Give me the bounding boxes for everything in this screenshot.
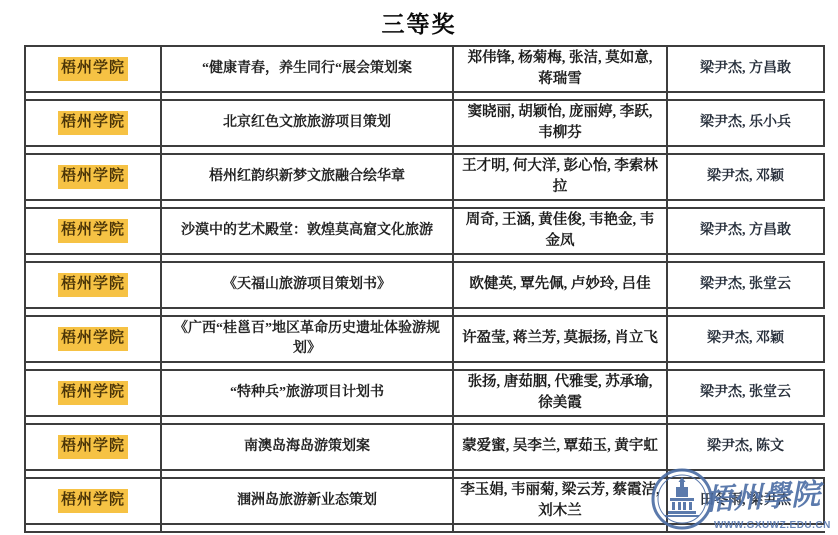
school-cell: 梧州学院 xyxy=(26,209,162,253)
table-row: 梧州学院 梧州红韵织新梦文旅融合绘华章 王才明, 何大洋, 彭心怡, 李索林拉 … xyxy=(26,155,825,201)
project-cell: “健康青春，养生同行“展会策划案 xyxy=(162,47,454,91)
school-highlight: 梧州学院 xyxy=(58,381,128,405)
members-cell: 欧健英, 覃先佩, 卢妙玲, 吕佳 xyxy=(454,263,668,307)
row-spacer xyxy=(26,471,825,479)
school-highlight: 梧州学院 xyxy=(58,219,128,243)
school-highlight: 梧州学院 xyxy=(58,327,128,351)
school-highlight: 梧州学院 xyxy=(58,273,128,297)
members-cell: 王才明, 何大洋, 彭心怡, 李索林拉 xyxy=(454,155,668,199)
project-cell: 涠洲岛旅游新业态策划 xyxy=(162,479,454,523)
awards-table: 梧州学院 “健康青春，养生同行“展会策划案 郑伟锋, 杨菊梅, 张洁, 莫如意,… xyxy=(24,45,825,533)
page-title: 三等奖 xyxy=(0,6,838,39)
row-spacer xyxy=(26,363,825,371)
advisors-cell: 梁尹杰, 方昌敢 xyxy=(668,209,825,253)
advisors-cell: 梁尹杰, 乐小兵 xyxy=(668,101,825,145)
school-cell: 梧州学院 xyxy=(26,263,162,307)
school-cell: 梧州学院 xyxy=(26,317,162,361)
school-highlight: 梧州学院 xyxy=(58,57,128,81)
table-row: 梧州学院 “特种兵”旅游项目计划书 张扬, 唐茹胭, 代雅雯, 苏承瑜, 徐美霞… xyxy=(26,371,825,417)
school-cell: 梧州学院 xyxy=(26,425,162,469)
school-highlight: 梧州学院 xyxy=(58,489,128,513)
school-highlight: 梧州学院 xyxy=(58,111,128,135)
school-cell: 梧州学院 xyxy=(26,101,162,145)
members-cell: 许盈莹, 蒋兰芳, 莫振扬, 肖立飞 xyxy=(454,317,668,361)
members-cell: 张扬, 唐茹胭, 代雅雯, 苏承瑜, 徐美霞 xyxy=(454,371,668,415)
school-cell: 梧州学院 xyxy=(26,47,162,91)
advisors-cell: 田冬雨, 梁尹杰 xyxy=(668,479,825,523)
school-highlight: 梧州学院 xyxy=(58,435,128,459)
members-cell: 窦晓丽, 胡颖怡, 庞丽婷, 李跃, 韦柳芬 xyxy=(454,101,668,145)
project-cell: 梧州红韵织新梦文旅融合绘华章 xyxy=(162,155,454,199)
row-spacer xyxy=(26,525,825,533)
row-spacer xyxy=(26,93,825,101)
table-row: 梧州学院 “健康青春，养生同行“展会策划案 郑伟锋, 杨菊梅, 张洁, 莫如意,… xyxy=(26,47,825,93)
project-cell: 沙漠中的艺术殿堂：敦煌莫高窟文化旅游 xyxy=(162,209,454,253)
project-cell: “特种兵”旅游项目计划书 xyxy=(162,371,454,415)
project-cell: 《广西“桂邕百”地区革命历史遗址体验游规划》 xyxy=(162,317,454,361)
table-row: 梧州学院 涠洲岛旅游新业态策划 李玉娟, 韦丽菊, 梁云芳, 蔡霞洁, 刘木兰 … xyxy=(26,479,825,525)
school-cell: 梧州学院 xyxy=(26,479,162,523)
members-cell: 李玉娟, 韦丽菊, 梁云芳, 蔡霞洁, 刘木兰 xyxy=(454,479,668,523)
advisors-cell: 梁尹杰, 方昌敢 xyxy=(668,47,825,91)
table-row: 梧州学院 《天福山旅游项目策划书》 欧健英, 覃先佩, 卢妙玲, 吕佳 梁尹杰,… xyxy=(26,263,825,309)
school-cell: 梧州学院 xyxy=(26,371,162,415)
advisors-cell: 梁尹杰, 陈文 xyxy=(668,425,825,469)
row-spacer xyxy=(26,309,825,317)
row-spacer xyxy=(26,417,825,425)
advisors-cell: 梁尹杰, 邓颖 xyxy=(668,155,825,199)
project-cell: 北京红色文旅旅游项目策划 xyxy=(162,101,454,145)
school-highlight: 梧州学院 xyxy=(58,165,128,189)
members-cell: 周奇, 王涵, 黄佳俊, 韦艳金, 韦金凤 xyxy=(454,209,668,253)
table-row: 梧州学院 《广西“桂邕百”地区革命历史遗址体验游规划》 许盈莹, 蒋兰芳, 莫振… xyxy=(26,317,825,363)
table-row: 梧州学院 南澳岛海岛游策划案 蒙爱蜜, 吴李兰, 覃茹玉, 黄宇虹 梁尹杰, 陈… xyxy=(26,425,825,471)
row-spacer xyxy=(26,201,825,209)
advisors-cell: 梁尹杰, 张堂云 xyxy=(668,371,825,415)
project-cell: 《天福山旅游项目策划书》 xyxy=(162,263,454,307)
row-spacer xyxy=(26,255,825,263)
table-row: 梧州学院 北京红色文旅旅游项目策划 窦晓丽, 胡颖怡, 庞丽婷, 李跃, 韦柳芬… xyxy=(26,101,825,147)
row-spacer xyxy=(26,147,825,155)
advisors-cell: 梁尹杰, 张堂云 xyxy=(668,263,825,307)
document-page: { "page": { "title": "三等奖" }, "table": {… xyxy=(0,0,838,535)
school-cell: 梧州学院 xyxy=(26,155,162,199)
members-cell: 蒙爱蜜, 吴李兰, 覃茹玉, 黄宇虹 xyxy=(454,425,668,469)
members-cell: 郑伟锋, 杨菊梅, 张洁, 莫如意, 蒋瑞雪 xyxy=(454,47,668,91)
project-cell: 南澳岛海岛游策划案 xyxy=(162,425,454,469)
advisors-cell: 梁尹杰, 邓颖 xyxy=(668,317,825,361)
table-row: 梧州学院 沙漠中的艺术殿堂：敦煌莫高窟文化旅游 周奇, 王涵, 黄佳俊, 韦艳金… xyxy=(26,209,825,255)
